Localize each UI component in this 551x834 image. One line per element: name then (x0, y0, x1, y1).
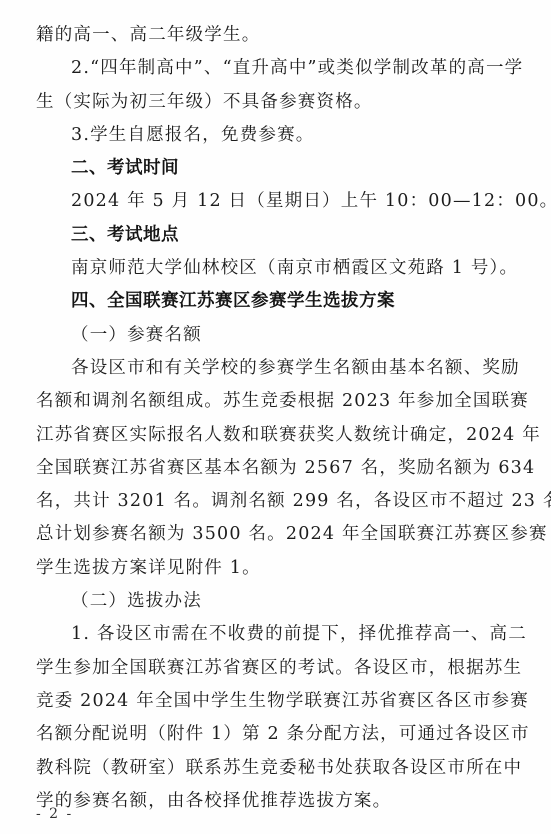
body-text-line: 名额分配说明（附件 1）第 2 条分配方法，可通过各设区市 (36, 718, 484, 751)
exam-location-text: 南京师范大学仙林校区（南京市栖霞区文苑路 1 号）。 (36, 252, 484, 285)
section-heading-exam-location: 三、考试地点 (36, 219, 484, 252)
exam-time-text: 2024 年 5 月 12 日（星期日）上午 10：00—12：00。 (36, 185, 484, 218)
body-text-line: 2.“四年制高中”、“直升高中”或类似学制改革的高一学 (36, 52, 484, 85)
body-text-line: 江苏省赛区实际报名人数和联赛获奖人数统计确定，2024 年 (36, 419, 484, 452)
body-text-line: 教科院（教研室）联系苏生竞委秘书处获取各设区市所在中 (36, 752, 484, 785)
section-heading-selection-plan: 四、全国联赛江苏赛区参赛学生选拔方案 (36, 285, 484, 318)
document-page: 籍的高一、高二年级学生。 2.“四年制高中”、“直升高中”或类似学制改革的高一学… (0, 0, 551, 834)
page-number: - 2 - (36, 806, 73, 822)
body-text-line: 生（实际为初三年级）不具备参赛资格。 (36, 86, 484, 119)
document-body: 籍的高一、高二年级学生。 2.“四年制高中”、“直升高中”或类似学制改革的高一学… (36, 19, 484, 818)
section-heading-exam-time: 二、考试时间 (36, 152, 484, 185)
body-text-line: 1. 各设区市需在不收费的前提下，择优推荐高一、高二 (36, 618, 484, 651)
subsection-heading-quota: （一）参赛名额 (36, 319, 484, 352)
body-text-line: 名，共计 3201 名。调剂名额 299 名，各设区市不超过 23 名， (36, 485, 484, 518)
body-text-line: 学生选拔方案详见附件 1。 (36, 552, 484, 585)
body-text-line: 总计划参赛名额为 3500 名。2024 年全国联赛江苏赛区参赛 (36, 518, 484, 551)
subsection-heading-selection-method: （二）选拔办法 (36, 585, 484, 618)
body-text-line: 名额和调剂名额组成。苏生竞委根据 2023 年参加全国联赛 (36, 385, 484, 418)
body-text-line: 3.学生自愿报名，免费参赛。 (36, 119, 484, 152)
body-text-line: 学生参加全国联赛江苏省赛区的考试。各设区市，根据苏生 (36, 652, 484, 685)
body-text-line: 籍的高一、高二年级学生。 (36, 19, 484, 52)
body-text-line: 全国联赛江苏省赛区基本名额为 2567 名，奖励名额为 634 (36, 452, 484, 485)
body-text-line: 各设区市和有关学校的参赛学生名额由基本名额、奖励 (36, 352, 484, 385)
body-text-line: 学的参赛名额，由各校择优推荐选拔方案。 (36, 785, 484, 818)
body-text-line: 竞委 2024 年全国中学生生物学联赛江苏省赛区各区市参赛 (36, 685, 484, 718)
